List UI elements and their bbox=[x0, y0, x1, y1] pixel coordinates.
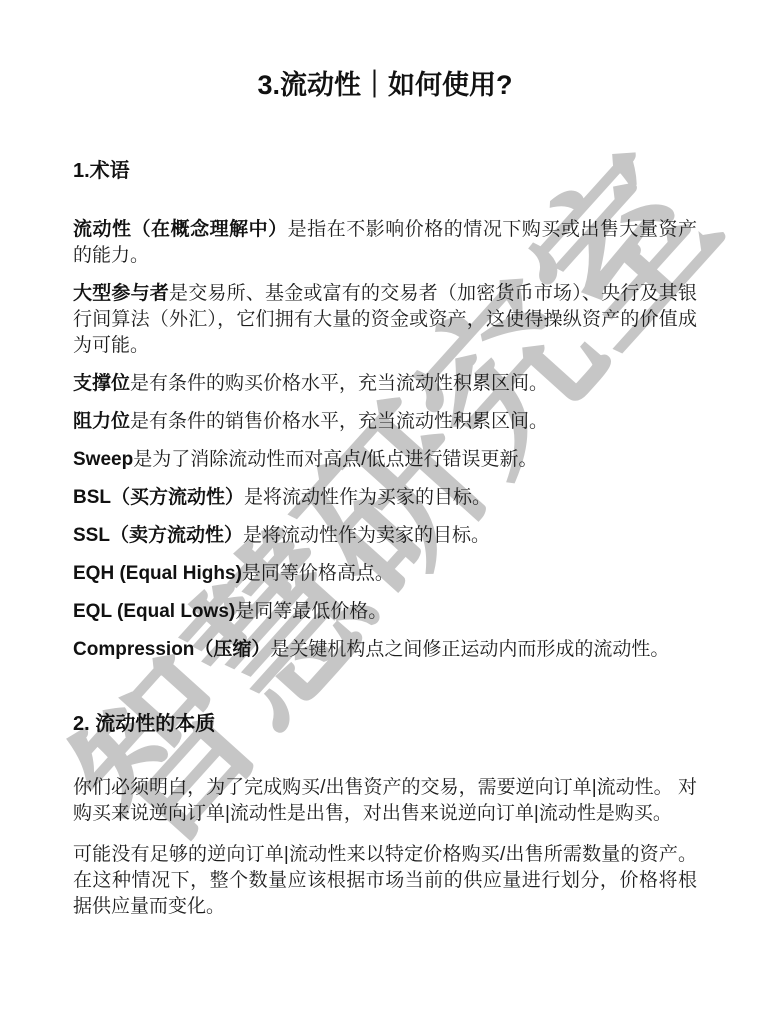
definition-resistance-level: 阻力位是有条件的销售价格水平，充当流动性积累区间。 bbox=[73, 409, 697, 435]
essence-paragraph-1: 你们必须明白，为了完成购买/出售资产的交易，需要逆向订单|流动性。 对购买来说逆… bbox=[73, 775, 697, 827]
section-heading-terms: 1.术语 bbox=[73, 159, 697, 183]
term-eqh: EQH (Equal Highs) bbox=[73, 563, 242, 584]
definition-big-players: 大型参与者是交易所、基金或富有的交易者（加密货币市场）、央行及其银行间算法（外汇… bbox=[73, 281, 697, 359]
term-ssl: SSL（卖方流动性） bbox=[73, 525, 243, 546]
definition-support-level: 支撑位是有条件的购买价格水平，充当流动性积累区间。 bbox=[73, 371, 697, 397]
definition-text: 是将流动性作为买家的目标。 bbox=[244, 487, 491, 508]
term-resistance-level: 阻力位 bbox=[73, 411, 130, 432]
definition-text: 是关键机构点之间修正运动内而形成的流动性。 bbox=[270, 639, 669, 660]
definition-text: 是有条件的购买价格水平，充当流动性积累区间。 bbox=[130, 373, 548, 394]
essence-paragraph-2: 可能没有足够的逆向订单|流动性来以特定价格购买/出售所需数量的资产。在这种情况下… bbox=[73, 842, 697, 920]
definition-sweep: Sweep是为了消除流动性而对高点/低点进行错误更新。 bbox=[73, 447, 697, 473]
term-eql: EQL (Equal Lows) bbox=[73, 601, 235, 622]
section-heading-essence: 2. 流动性的本质 bbox=[73, 712, 697, 736]
page-content: 3.流动性｜如何使用? 1.术语 流动性（在概念理解中）是指在不影响价格的情况下… bbox=[0, 0, 768, 920]
paragraph-text: 你们必须明白，为了完成购买/出售资产的交易，需要逆向订单|流动性。 对购买来说逆… bbox=[73, 777, 697, 824]
page-title: 3.流动性｜如何使用? bbox=[73, 71, 697, 100]
definition-text: 是同等最低价格。 bbox=[235, 601, 387, 622]
definition-text: 是为了消除流动性而对高点/低点进行错误更新。 bbox=[133, 449, 537, 470]
term-sweep: Sweep bbox=[73, 449, 133, 470]
definition-text: 是同等价格高点。 bbox=[242, 563, 394, 584]
paragraph-text: 可能没有足够的逆向订单|流动性来以特定价格购买/出售所需数量的资产。在这种情况下… bbox=[73, 844, 697, 917]
definition-liquidity: 流动性（在概念理解中）是指在不影响价格的情况下购买或出售大量资产的能力。 bbox=[73, 217, 697, 269]
term-liquidity: 流动性（在概念理解中） bbox=[73, 219, 288, 240]
term-support-level: 支撑位 bbox=[73, 373, 130, 394]
definition-compression: Compression（压缩）是关键机构点之间修正运动内而形成的流动性。 bbox=[73, 637, 697, 663]
term-compression: Compression（压缩） bbox=[73, 639, 270, 660]
definition-text: 是将流动性作为卖家的目标。 bbox=[243, 525, 490, 546]
definition-text: 是有条件的销售价格水平，充当流动性积累区间。 bbox=[130, 411, 548, 432]
definition-ssl: SSL（卖方流动性）是将流动性作为卖家的目标。 bbox=[73, 523, 697, 549]
definition-eqh: EQH (Equal Highs)是同等价格高点。 bbox=[73, 561, 697, 587]
term-big-players: 大型参与者 bbox=[73, 283, 169, 304]
definition-bsl: BSL（买方流动性）是将流动性作为买家的目标。 bbox=[73, 485, 697, 511]
document-page: 智慧研究室 3.流动性｜如何使用? 1.术语 流动性（在概念理解中）是指在不影响… bbox=[0, 0, 768, 1024]
term-bsl: BSL（买方流动性） bbox=[73, 487, 244, 508]
definition-eql: EQL (Equal Lows)是同等最低价格。 bbox=[73, 599, 697, 625]
